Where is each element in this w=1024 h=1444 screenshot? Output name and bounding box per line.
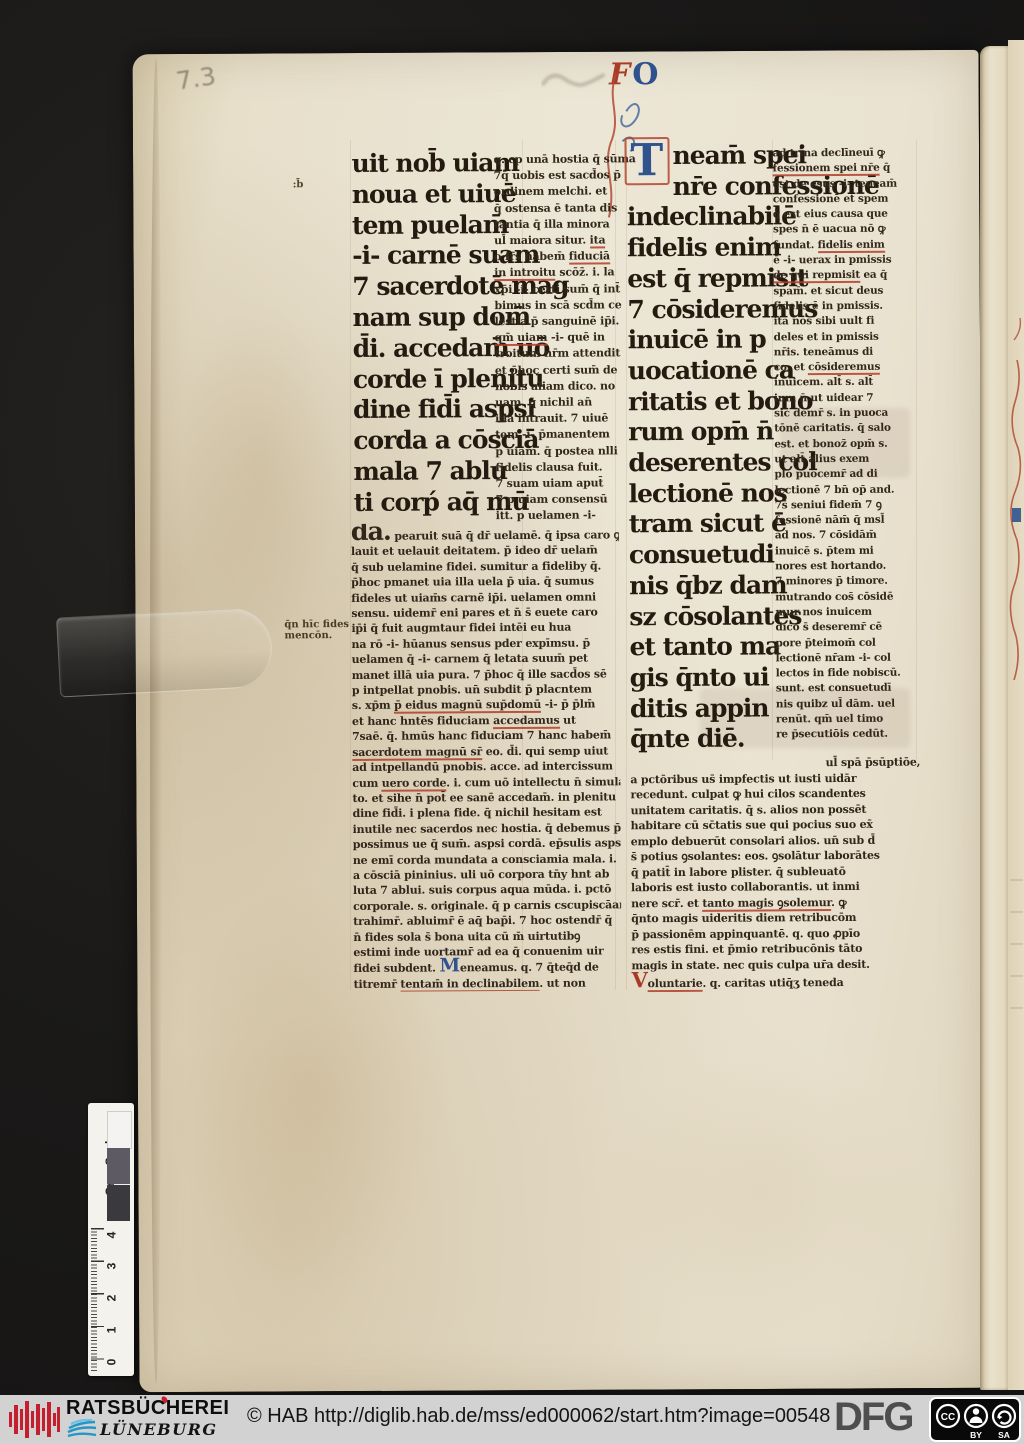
bible-text-middle-column: neam̄ speinr̄e confessionēindeclinabilēf…: [626, 140, 780, 755]
ruler-number: 0: [104, 1359, 118, 1366]
gloss-left-block: da. pearuit suā q̄ dr̄ uelamē. q̄ ipsa c…: [351, 522, 622, 992]
gray-patch-white: [107, 1111, 132, 1149]
ruler-number: 2: [104, 1295, 118, 1302]
library-name-text: RATSBÜCHEREI: [66, 1397, 229, 1419]
gray-patch-mid: [107, 1148, 130, 1184]
by-person-icon: [973, 1408, 979, 1414]
by-label: BY: [970, 1430, 982, 1440]
library-name: RATSBÜCHEREI: [66, 1397, 229, 1420]
ruler-number: 3: [104, 1263, 118, 1270]
gray-scale-ruler: Gray Scale 4 3 2 1 0: [88, 1103, 134, 1376]
gray-patch-dark: [107, 1185, 130, 1221]
digitized-manuscript-viewer: 7.3 FO :b̄ q̄n hīc fidesmencōn. uit nob̄…: [0, 0, 1024, 1444]
ruler-number: 4: [104, 1232, 118, 1239]
gloss-bottom-block: ul̄ spā p̄sūptiōe,a pctōribus us̄ impfec…: [630, 755, 921, 992]
footer-bar: RATSBÜCHEREI LÜNEBURG © HAB http://digli…: [0, 1395, 1024, 1444]
gloss-inner-column: q. cp unā hostia q̄ sūma7q̄ uobis est sa…: [494, 151, 616, 524]
ruler-ticks-major: [91, 1228, 104, 1372]
margin-tick: :b̄: [293, 179, 304, 190]
cc-glyph: CC: [941, 1412, 955, 1423]
cc-by-sa-badge: CC BY SA: [929, 1397, 1021, 1442]
copyright-attribution: © HAB http://diglib.hab.de/mss/ed000062/…: [247, 1405, 830, 1428]
margin-note: q̄n hīc fidesmencōn.: [284, 619, 349, 641]
page-holder-clip: [56, 606, 274, 697]
dfg-logo: DFG: [834, 1395, 912, 1440]
library-bars-logo: [8, 1399, 60, 1440]
pencil-foliation: 7.3: [174, 61, 218, 95]
gloss-right-column: ad trīna declīneuī ꝙfessionem spei nr̄e …: [772, 146, 914, 743]
book-fan-icon: [66, 1419, 98, 1439]
library-city: LÜNEBURG: [100, 1420, 218, 1439]
folio-content: 7.3 FO :b̄ q̄n hīc fidesmencōn. uit nob̄…: [0, 0, 1024, 1444]
ruler-number: 1: [104, 1327, 118, 1334]
sa-label: SA: [998, 1430, 1010, 1440]
